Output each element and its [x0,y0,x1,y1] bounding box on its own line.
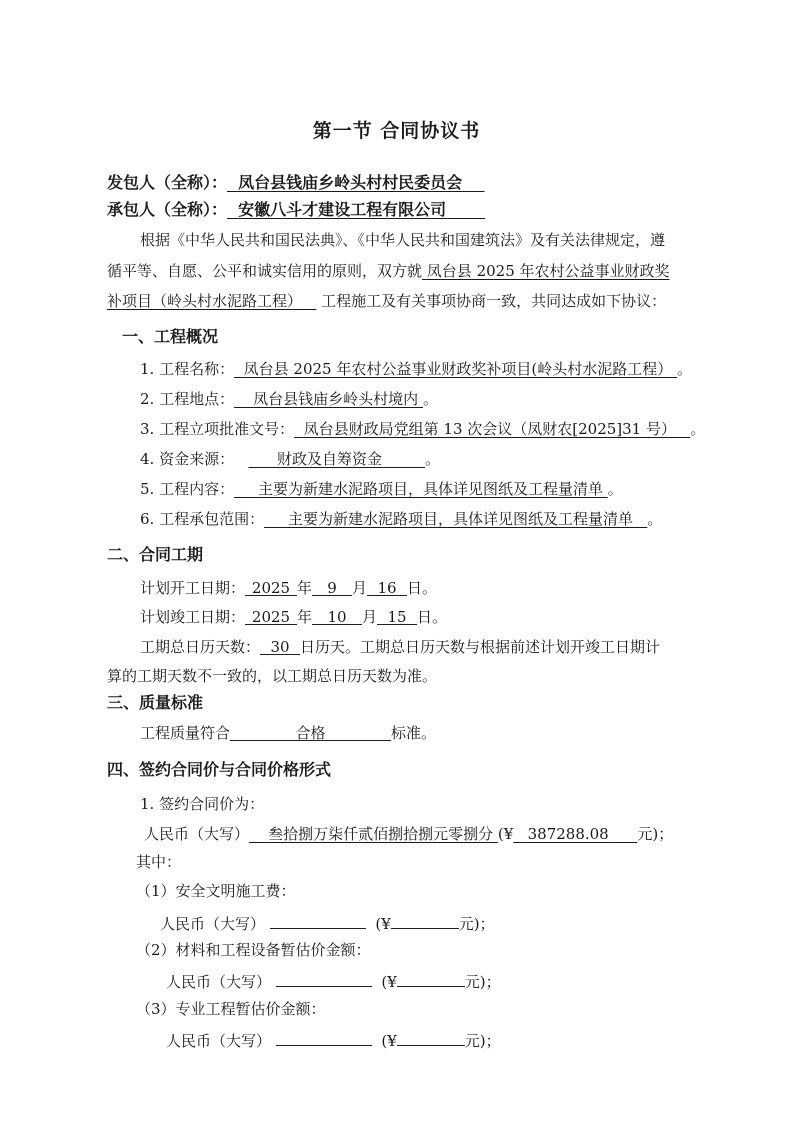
overview-item-3: 3. 工程立项批准文号： 凤台县财政局党组第 13 次会议（凤财农[2025]3… [140,419,705,439]
project-name-inline: 凤台县 2025 年农村公益事业财政奖 [422,262,670,280]
project-name-inline-cont: 补项目（岭头村水泥路工程） [107,292,316,310]
sub-item-2-amount [397,969,465,987]
sub-item-1-label: （1）安全文明施工费： [136,881,296,901]
sub-item-3-words [276,1028,372,1046]
sub-item-2-label: （2）材料和工程设备暂估价金额： [136,940,371,960]
overview-item-2: 2. 工程地点： 凤台县钱庙乡岭头村境内 。 [140,389,438,409]
duration-line-1: 工期总日历天数：30日历天。工期总日历天数与根据前述计划开竣工日期计 [140,637,660,657]
contract-price-row: 人民币（大写） 叁拾捌万柒仟贰佰捌拾捌元零捌分 (¥ 387288.08 元)； [144,824,673,844]
section3-heading: 三、质量标准 [107,693,203,713]
employer-row: 发包人（全称）： 凤台县钱庙乡岭头村村民委员会 [107,173,484,193]
sub-item-1-words [270,911,366,929]
overview-item-6: 6. 工程承包范围： 主要为新建水泥路项目，具体详见图纸及工程量清单 。 [140,509,662,529]
intro-line-3: 补项目（岭头村水泥路工程） 工程施工及有关事项协商一致，共同达成如下协议： [107,291,666,311]
contract-price-label: 1. 签约合同价为： [140,794,264,814]
employer-label: 发包人（全称）： [107,173,227,192]
overview-item-1: 1. 工程名称： 凤台县 2025 年农村公益事业财政奖补项目(岭头村水泥路工程… [140,359,692,379]
sub-item-2-row: 人民币（大写） (¥元)； [166,969,501,992]
overview-item-5: 5. 工程内容： 主要为新建水泥路项目，具体详见图纸及工程量清单 。 [140,479,623,499]
sub-item-1-amount [391,911,459,929]
section4-heading: 四、签约合同价与合同价格形式 [107,760,331,780]
section2-heading: 二、合同工期 [107,545,203,565]
sub-item-3-amount [397,1028,465,1046]
overview-item-4: 4. 资金来源： 财政及自筹资金 。 [140,449,440,469]
among-label: 其中： [136,852,181,872]
sub-item-1-row: 人民币（大写） (¥元)； [160,911,495,934]
contractor-row: 承包人（全称）： 安徽八斗才建设工程有限公司 [107,200,485,220]
contract-price-amount: 387288.08 [513,825,637,843]
intro-line-2: 循平等、自愿、公平和诚实信用的原则，双方就 凤台县 2025 年农村公益事业财政… [107,261,670,281]
contract-price-words: 叁拾捌万柒仟贰佰捌拾捌元零捌分 [249,825,498,843]
page-title: 第一节 合同协议书 [0,121,793,141]
contractor-value: 安徽八斗才建设工程有限公司 [227,200,485,219]
intro-line-1: 根据《中华人民共和国民法典》、《中华人民共和国建筑法》及有关法律规定，遵 [140,230,665,250]
sub-item-2-words [276,969,372,987]
sub-item-3-row: 人民币（大写） (¥元)； [166,1028,501,1051]
quality-standard: 工程质量符合合格标准。 [140,723,436,743]
duration-line-2: 算的工期天数不一致的，以工期总日历天数为准。 [107,666,437,686]
planned-start-date: 计划开工日期：2025年9月16日。 [140,578,437,598]
employer-value: 凤台县钱庙乡岭头村村民委员会 [227,173,484,192]
contractor-label: 承包人（全称）： [107,200,227,219]
planned-finish-date: 计划竣工日期：2025年10月15日。 [140,607,447,627]
section1-heading: 一、工程概况 [122,327,218,347]
sub-item-3-label: （3）专业工程暂估价金额： [136,999,326,1019]
